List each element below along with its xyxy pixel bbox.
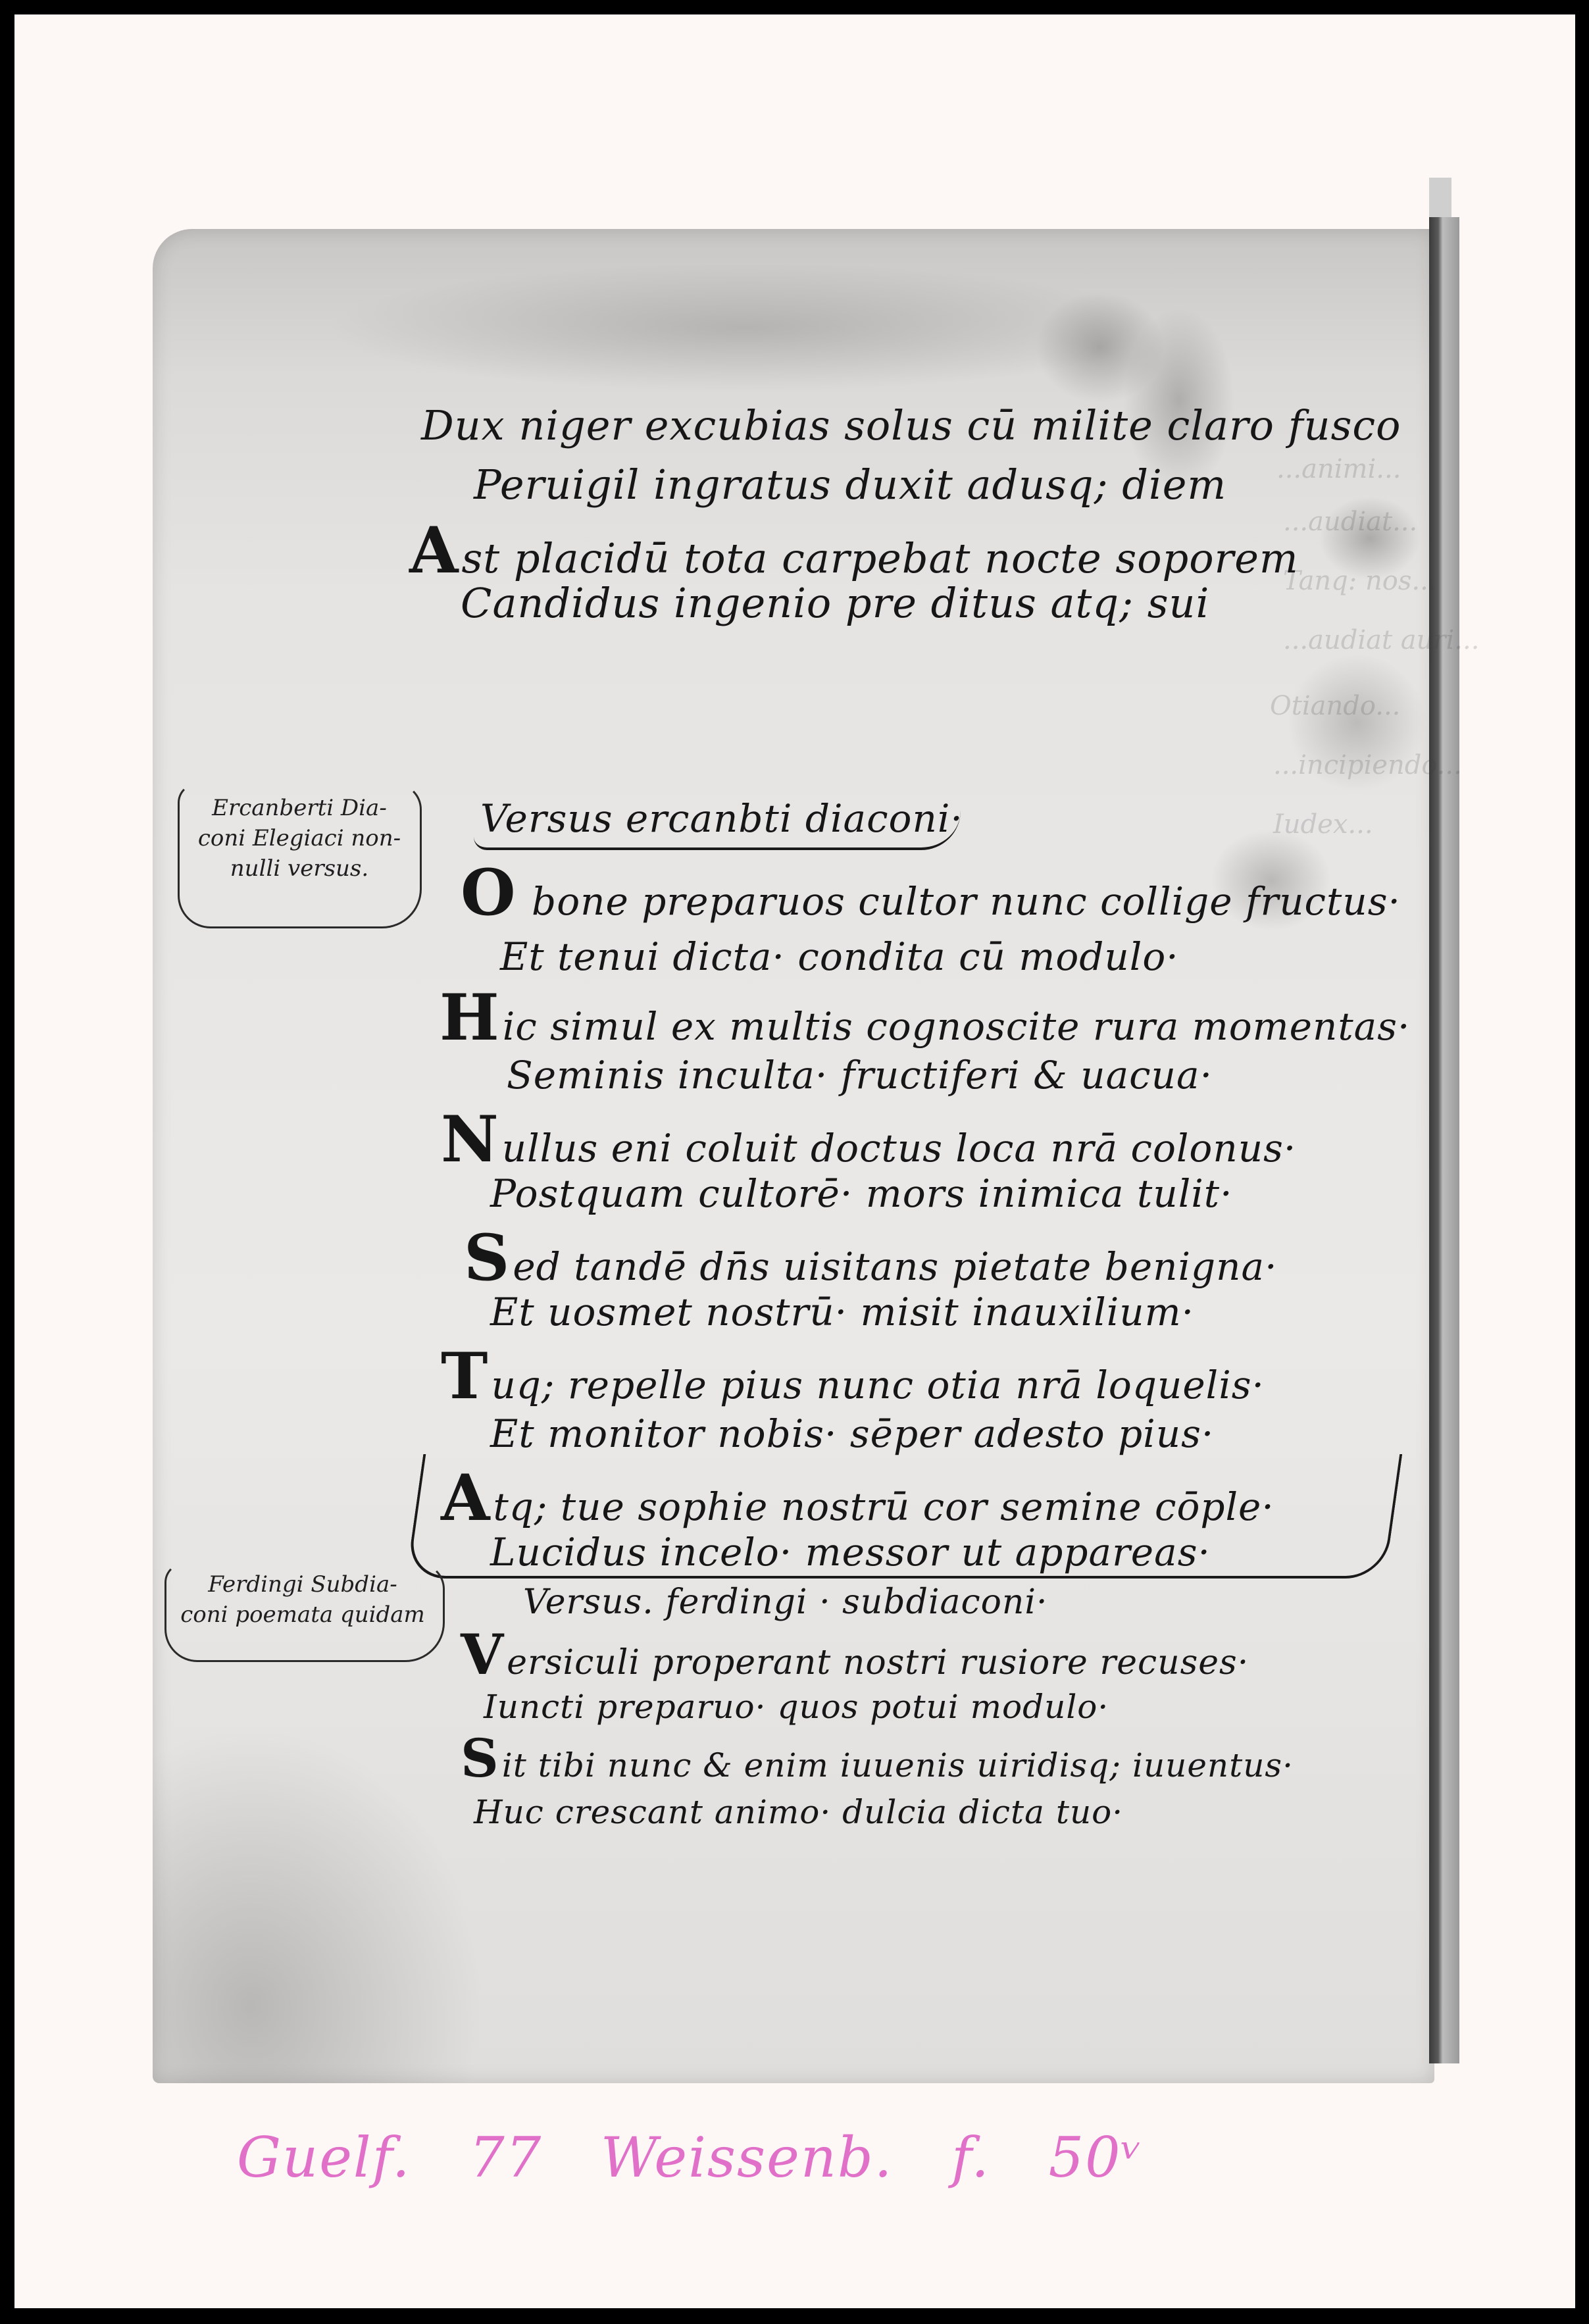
manuscript-line: Huc crescant animo· dulcia dicta tuo· bbox=[474, 1793, 1123, 1831]
initial-letter: H bbox=[440, 980, 500, 1055]
bleed-through-text: ...audiat... bbox=[1283, 507, 1417, 537]
initial-letter: T bbox=[441, 1339, 488, 1413]
manuscript-line: Et monitor nobis· sēper adesto pius· bbox=[490, 1411, 1214, 1456]
bleed-through-text: ...audiat auri... bbox=[1283, 625, 1479, 655]
manuscript-line: Nullus eni coluit doctus loca nrā colonu… bbox=[441, 1102, 1296, 1176]
line-text: it tibi nunc & enim iuuenis uiridisq; iu… bbox=[502, 1746, 1294, 1784]
manuscript-line: Postquam cultorē· mors inimica tulit· bbox=[490, 1171, 1233, 1216]
section-heading: Versus. ferdingi · subdiaconi· bbox=[523, 1582, 1048, 1622]
margin-note-line: nulli versus. bbox=[184, 853, 415, 884]
heading-underline bbox=[474, 801, 961, 850]
line-text: st placidū tota carpebat nocte soporem bbox=[461, 534, 1298, 582]
bleed-through-text: Iudex... bbox=[1273, 809, 1373, 840]
manuscript-line: Peruigil ingratus duxit adusq; diem bbox=[474, 461, 1226, 509]
bleed-through-text: Tanq: nos... bbox=[1283, 566, 1437, 596]
initial-letter: O bbox=[461, 855, 517, 930]
manuscript-line: Hic simul ex multis cognoscite rura mome… bbox=[440, 980, 1410, 1055]
bleed-through-text: ...animi... bbox=[1276, 454, 1401, 484]
margin-note-line: coni Elegiaci non- bbox=[184, 823, 415, 853]
initial-letter: N bbox=[441, 1102, 499, 1176]
margin-note-ercanbert: Ercanberti Dia- coni Elegiaci non- nulli… bbox=[184, 793, 415, 884]
margin-note-ferding: Ferdingi Subdia- coni poemata quidam bbox=[168, 1569, 438, 1630]
manuscript-line: Iuncti preparuo· quos potui modulo· bbox=[484, 1688, 1109, 1726]
initial-letter: S bbox=[461, 1727, 499, 1789]
manuscript-line: Seminis inculta· fructiferi & uacua· bbox=[507, 1053, 1213, 1098]
line-text: ed tandē dn̄s uisitans pietate benigna· bbox=[513, 1244, 1277, 1289]
manuscript-line: O bone preparuos cultor nunc collige fru… bbox=[461, 855, 1401, 930]
bracket-mark bbox=[406, 1454, 1403, 1579]
line-text: uq; repelle pius nunc otia nrā loquelis· bbox=[491, 1363, 1265, 1407]
manuscript-line: Ast placidū tota carpebat nocte soporem bbox=[409, 513, 1299, 588]
margin-note-line: coni poemata quidam bbox=[168, 1600, 438, 1630]
manuscript-line: Dux niger excubias solus cū milite claro… bbox=[421, 401, 1401, 449]
manuscript-line: Et tenui dicta· condita cū modulo· bbox=[500, 934, 1179, 979]
binding-spine bbox=[1429, 217, 1459, 2063]
initial-letter: V bbox=[461, 1622, 504, 1687]
manuscript-line: Tuq; repelle pius nunc otia nrā loquelis… bbox=[441, 1339, 1265, 1413]
line-text: ersiculi properant nostri rusiore recuse… bbox=[507, 1643, 1249, 1682]
manuscript-line: Sit tibi nunc & enim iuuenis uiridisq; i… bbox=[461, 1727, 1294, 1789]
manuscript-line: Et uosmet nostrū· misit inauxilium· bbox=[490, 1290, 1194, 1334]
margin-note-line: Ercanberti Dia- bbox=[184, 793, 415, 823]
manuscript-line: Versiculi properant nostri rusiore recus… bbox=[461, 1622, 1249, 1687]
line-text: ullus eni coluit doctus loca nrā colonus… bbox=[502, 1126, 1297, 1171]
bleed-through-text: Otiando... bbox=[1270, 691, 1400, 721]
line-text: ic simul ex multis cognoscite rura momen… bbox=[503, 1004, 1411, 1049]
line-text: bone preparuos cultor nunc collige fruct… bbox=[519, 879, 1401, 924]
initial-letter: S bbox=[464, 1221, 510, 1295]
manuscript-line: Candidus ingenio pre ditus atq; sui bbox=[461, 579, 1209, 627]
shelfmark-annotation: Guelf. 77 Weissenb. f. 50ᵛ bbox=[237, 2125, 1144, 2190]
manuscript-line: Sed tandē dn̄s uisitans pietate benigna· bbox=[464, 1221, 1278, 1295]
bleed-through-text: ...incipiendo... bbox=[1273, 750, 1462, 780]
margin-note-line: Ferdingi Subdia- bbox=[168, 1569, 438, 1600]
initial-letter: A bbox=[409, 513, 459, 588]
